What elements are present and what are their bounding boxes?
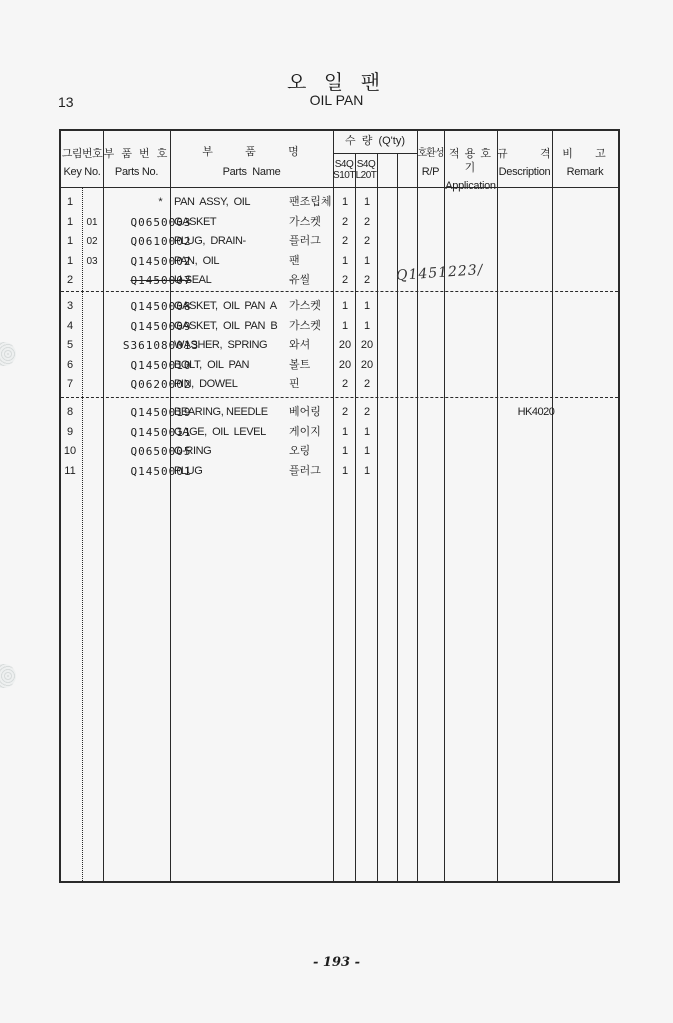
sub-no: 03 [84, 252, 100, 271]
key-no: 4 [63, 317, 77, 336]
key-no: 1 [63, 232, 77, 251]
part-name-korean: 볼트 [289, 356, 310, 375]
part-name: PAN, OIL [174, 252, 219, 271]
part-name: BEARING, NEEDLE [174, 403, 268, 422]
qty-s10t: 2 [334, 403, 356, 422]
qty-s10t: 20 [334, 336, 356, 355]
punch-hole-bottom [0, 664, 16, 688]
key-no: 2 [63, 271, 77, 290]
qty-s10t: 1 [334, 423, 356, 442]
table-row: 4Q1450009GASKET, OIL PAN B가스켓11 [61, 317, 618, 336]
part-name: GASKET [174, 213, 216, 232]
part-name: PAN ASSY, OIL [174, 193, 250, 212]
header-description: 규 격 Description [497, 147, 552, 179]
part-name-korean: 핀 [289, 375, 300, 394]
qty-s10t: 1 [334, 442, 356, 461]
punch-hole-top [0, 342, 16, 366]
qty-l20t: 1 [356, 252, 378, 271]
part-name: PLUG, DRAIN- [174, 232, 246, 251]
key-no: 5 [63, 336, 77, 355]
part-name-korean: 와셔 [289, 336, 310, 355]
qty-l20t: 1 [356, 193, 378, 212]
qty-s10t: 2 [334, 375, 356, 394]
qty-l20t: 2 [356, 213, 378, 232]
part-name-korean: 베어링 [289, 403, 321, 422]
part-name: PIN, DOWEL [174, 375, 237, 394]
qty-s10t: 20 [334, 356, 356, 375]
qty-s10t: 2 [334, 232, 356, 251]
qty-l20t: 1 [356, 442, 378, 461]
key-no: 7 [63, 375, 77, 394]
table-row: 5S361080013WASHER, SPRING와셔2020 [61, 336, 618, 355]
qty-l20t: 1 [356, 297, 378, 316]
table-row: 101Q0650003GASKET가스켓22 [61, 213, 618, 232]
header-parts-name: 부 품 명 Parts Name [170, 145, 333, 179]
key-no: 1 [63, 252, 77, 271]
header-qty-s10t: S4QS10T [333, 159, 355, 181]
page-number: - 193 - [0, 955, 673, 970]
part-name: GASKET, OIL PAN A [174, 297, 277, 316]
table-row: 3Q1450008GASKET, OIL PAN A가스켓11 [61, 297, 618, 316]
page-title-english: OIL PAN [0, 92, 673, 108]
qty-l20t: 1 [356, 317, 378, 336]
part-name-korean: 플러그 [289, 232, 321, 251]
key-no: 1 [63, 213, 77, 232]
part-name-korean: 팬 [289, 252, 300, 271]
page-title-korean: 오 일 팬 [0, 66, 673, 95]
qty-s10t: 1 [334, 252, 356, 271]
part-name: U-SEAL [174, 271, 211, 290]
part-name-korean: 게이지 [289, 423, 321, 442]
qty-l20t: 2 [356, 232, 378, 251]
header-application: 적 용 호 기 Application [444, 147, 497, 193]
qty-l20t: 20 [356, 356, 378, 375]
key-no: 10 [63, 442, 77, 461]
part-name-korean: 팬조립체 [289, 193, 332, 212]
qty-l20t: 1 [356, 462, 378, 481]
part-name: O-RING [174, 442, 211, 461]
qty-s10t: 2 [334, 271, 356, 290]
qty-l20t: 1 [356, 423, 378, 442]
table-row: 2Q1450007U-SEAL유씰22 [61, 271, 618, 290]
part-name: GASKET, OIL PAN B [174, 317, 277, 336]
qty-s10t: 1 [334, 317, 356, 336]
qty-s10t: 1 [334, 297, 356, 316]
qty-l20t: 2 [356, 271, 378, 290]
header-parts-no: 부 품 번 호 Parts No. [103, 147, 170, 179]
part-name-korean: 가스켓 [289, 297, 321, 316]
table-row: 9Q1450011GAGE, OIL LEVEL게이지11 [61, 423, 618, 442]
qty-l20t: 2 [356, 403, 378, 422]
table-row: 7Q0620002PIN, DOWEL핀22 [61, 375, 618, 394]
part-name-korean: 가스켓 [289, 213, 321, 232]
sub-no: 01 [84, 213, 100, 232]
part-name-korean: 플러그 [289, 462, 321, 481]
key-no: 1 [63, 193, 77, 212]
table-row: 103Q1450002PAN, OIL팬11 [61, 252, 618, 271]
part-name: PLUG [174, 462, 202, 481]
part-name: GAGE, OIL LEVEL [174, 423, 266, 442]
table-row: 102Q0610002PLUG, DRAIN-플러그22 [61, 232, 618, 251]
header-key-no: 그림번호 Key No. [61, 147, 103, 179]
header-qty: 수 량 (Q'ty) [333, 134, 417, 148]
part-name: WASHER, SPRING [174, 336, 267, 355]
qty-l20t: 2 [356, 375, 378, 394]
parts-table: 그림번호 Key No. 부 품 번 호 Parts No. 부 품 명 Par… [59, 129, 620, 883]
table-row: 1*PAN ASSY, OIL팬조립체11 [61, 193, 618, 212]
key-no: 9 [63, 423, 77, 442]
qty-s10t: 1 [334, 462, 356, 481]
header-remark: 비 고 Remark [552, 147, 618, 179]
key-no: 11 [63, 462, 77, 481]
part-name-korean: 가스켓 [289, 317, 321, 336]
table-row: 10Q0650005O-RING오링11 [61, 442, 618, 461]
sub-no: 02 [84, 232, 100, 251]
key-no: 3 [63, 297, 77, 316]
header-rp: 호환성 R/P [417, 147, 444, 179]
part-name: BOLT, OIL PAN [174, 356, 249, 375]
table-row: 11Q1450001PLUG플러그11 [61, 462, 618, 481]
qty-s10t: 1 [334, 193, 356, 212]
qty-l20t: 20 [356, 336, 378, 355]
part-name-korean: 오링 [289, 442, 310, 461]
header-qty-l20t: S4QL20T [355, 159, 377, 181]
part-name-korean: 유씰 [289, 271, 310, 290]
description: HK4020 [498, 403, 574, 422]
table-row: 8Q1450019BEARING, NEEDLE베어링22HK4020 [61, 403, 618, 422]
key-no: 8 [63, 403, 77, 422]
key-no: 6 [63, 356, 77, 375]
table-row: 6Q1450010BOLT, OIL PAN볼트2020 [61, 356, 618, 375]
qty-s10t: 2 [334, 213, 356, 232]
